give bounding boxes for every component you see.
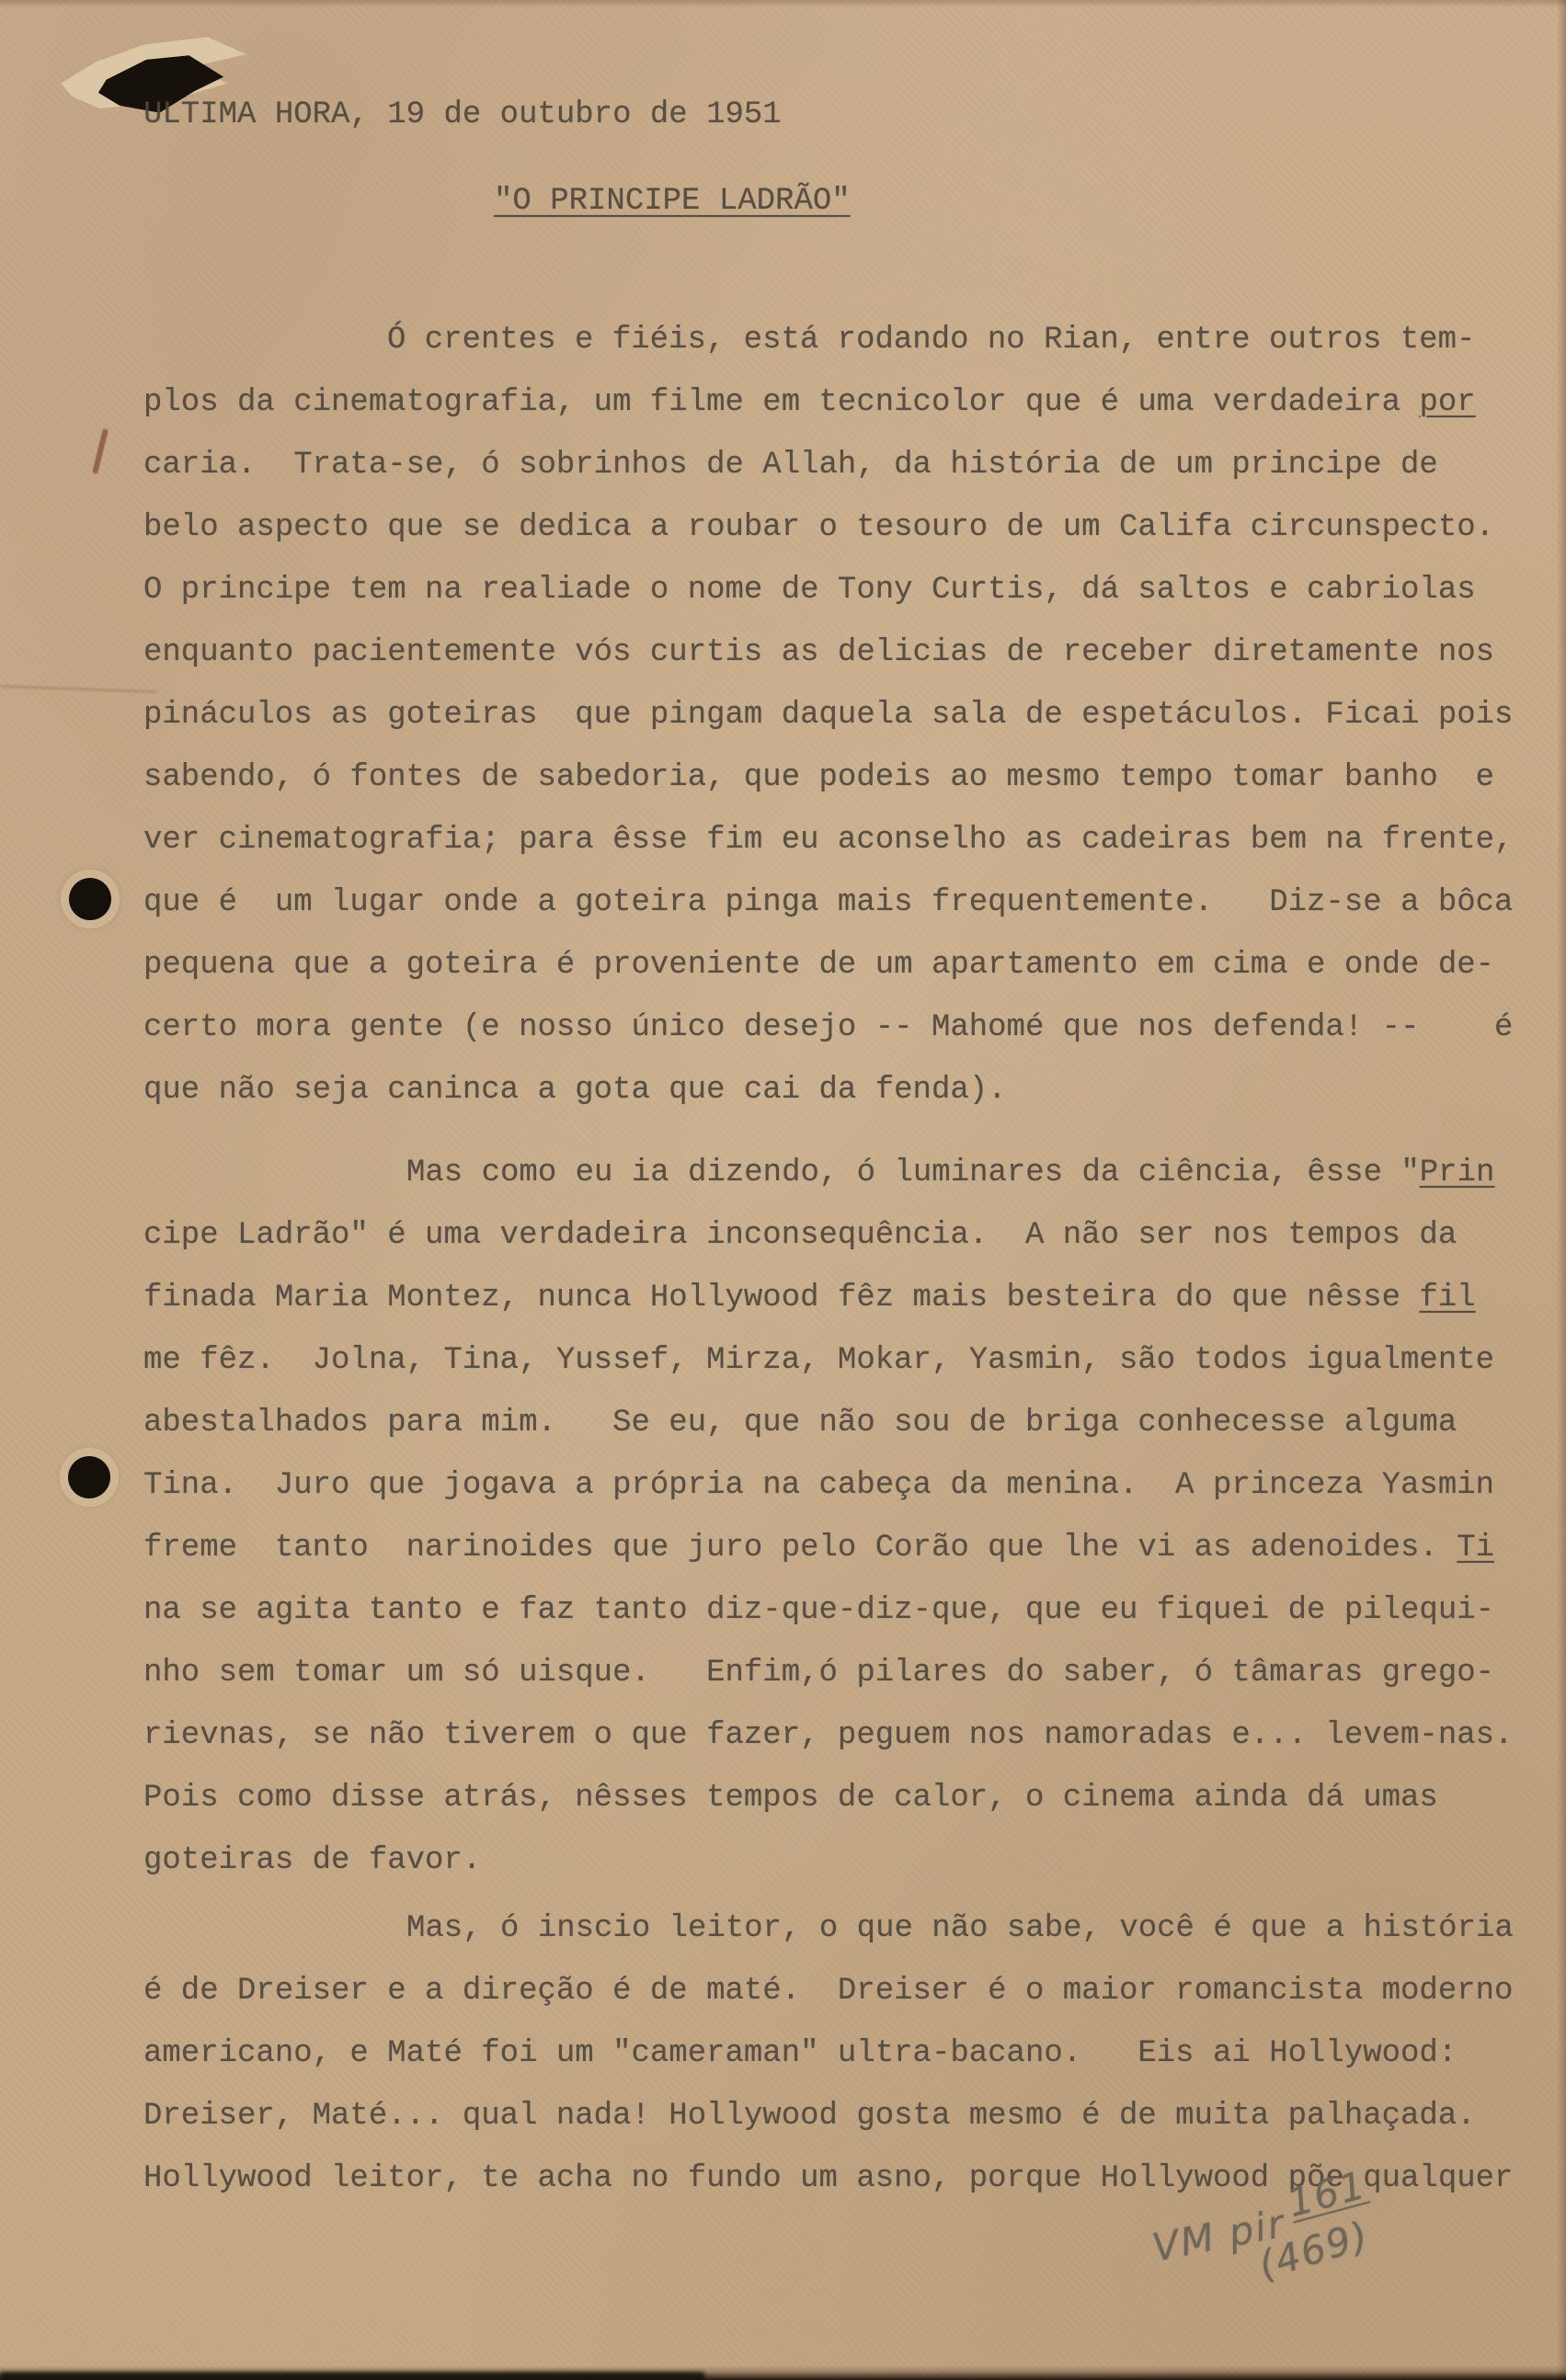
- text-line: pequena que a goteira é proveniente de u…: [143, 934, 1523, 996]
- text-line: Mas como eu ia dizendo, ó luminares da c…: [143, 1142, 1523, 1204]
- document-page: ULTIMA HORA, 19 de outubro de 1951 "O PR…: [0, 0, 1566, 2380]
- text-line: O principe tem na realiade o nome de Ton…: [143, 559, 1523, 621]
- text-line: belo aspecto que se dedica a roubar o te…: [143, 496, 1523, 559]
- text-line: cipe Ladrão" é uma verdadeira inconsequê…: [143, 1204, 1523, 1267]
- text-line: plos da cinematografia, um filme em tecn…: [143, 371, 1523, 434]
- text-line: é de Dreiser e a direção é de maté. Drei…: [143, 1960, 1523, 2022]
- paragraph-3: Mas, ó inscio leitor, o que não sabe, vo…: [143, 1897, 1523, 2210]
- page-edge-right: [1557, 0, 1566, 2380]
- paragraph-1: Ó crentes e fiéis, está rodando no Rian,…: [143, 309, 1523, 1122]
- page-edge-top: [0, 0, 1566, 7]
- text-line: que não seja caninca a gota que cai da f…: [143, 1059, 1523, 1122]
- text-line: finada Maria Montez, nunca Hollywood fêz…: [143, 1267, 1523, 1329]
- text-line: pináculos as goteiras que pingam daquela…: [143, 684, 1523, 746]
- text-line: Pois como disse atrás, nêsses tempos de …: [143, 1767, 1523, 1829]
- punch-hole-bottom: [68, 1456, 110, 1498]
- paragraph-2: Mas como eu ia dizendo, ó luminares da c…: [143, 1142, 1523, 1892]
- text-line: Tina. Juro que jogava a própria na cabeç…: [143, 1454, 1523, 1517]
- text-line: abestalhados para mim. Se eu, que não so…: [143, 1392, 1523, 1454]
- document-title: "O PRINCIPE LADRÃO": [494, 184, 851, 219]
- text-line: na se agita tanto e faz tanto diz-que-di…: [143, 1579, 1523, 1642]
- punch-hole-top: [69, 878, 111, 920]
- text-line: caria. Trata-se, ó sobrinhos de Allah, d…: [143, 434, 1523, 496]
- text-line: enquanto pacientemente vós curtis as del…: [143, 621, 1523, 684]
- text-line: que é um lugar onde a goteira pinga mais…: [143, 871, 1523, 934]
- text-line: Ó crentes e fiéis, está rodando no Rian,…: [143, 309, 1523, 371]
- text-line: americano, e Maté foi um "cameraman" ult…: [143, 2022, 1523, 2085]
- paper-crease: [0, 685, 156, 693]
- text-line: ver cinematografia; para êsse fim eu aco…: [143, 809, 1523, 871]
- text-line: freme tanto narinoides que juro pelo Cor…: [143, 1517, 1523, 1579]
- text-line: certo mora gente (e nosso único desejo -…: [143, 996, 1523, 1059]
- page-corner-shadow: [0, 2372, 704, 2380]
- text-line: rievnas, se não tiverem o que fazer, peg…: [143, 1704, 1523, 1767]
- text-line: goteiras de favor.: [143, 1829, 1523, 1892]
- margin-slash-mark: [92, 428, 109, 474]
- text-line: nho sem tomar um só uisque. Enfim,ó pila…: [143, 1642, 1523, 1704]
- text-line: Mas, ó inscio leitor, o que não sabe, vo…: [143, 1897, 1523, 1960]
- text-line: sabendo, ó fontes de sabedoria, que pode…: [143, 746, 1523, 809]
- document-header: ULTIMA HORA, 19 de outubro de 1951: [143, 97, 782, 132]
- text-line: Dreiser, Maté... qual nada! Hollywood go…: [143, 2085, 1523, 2147]
- text-line: me fêz. Jolna, Tina, Yussef, Mirza, Moka…: [143, 1329, 1523, 1392]
